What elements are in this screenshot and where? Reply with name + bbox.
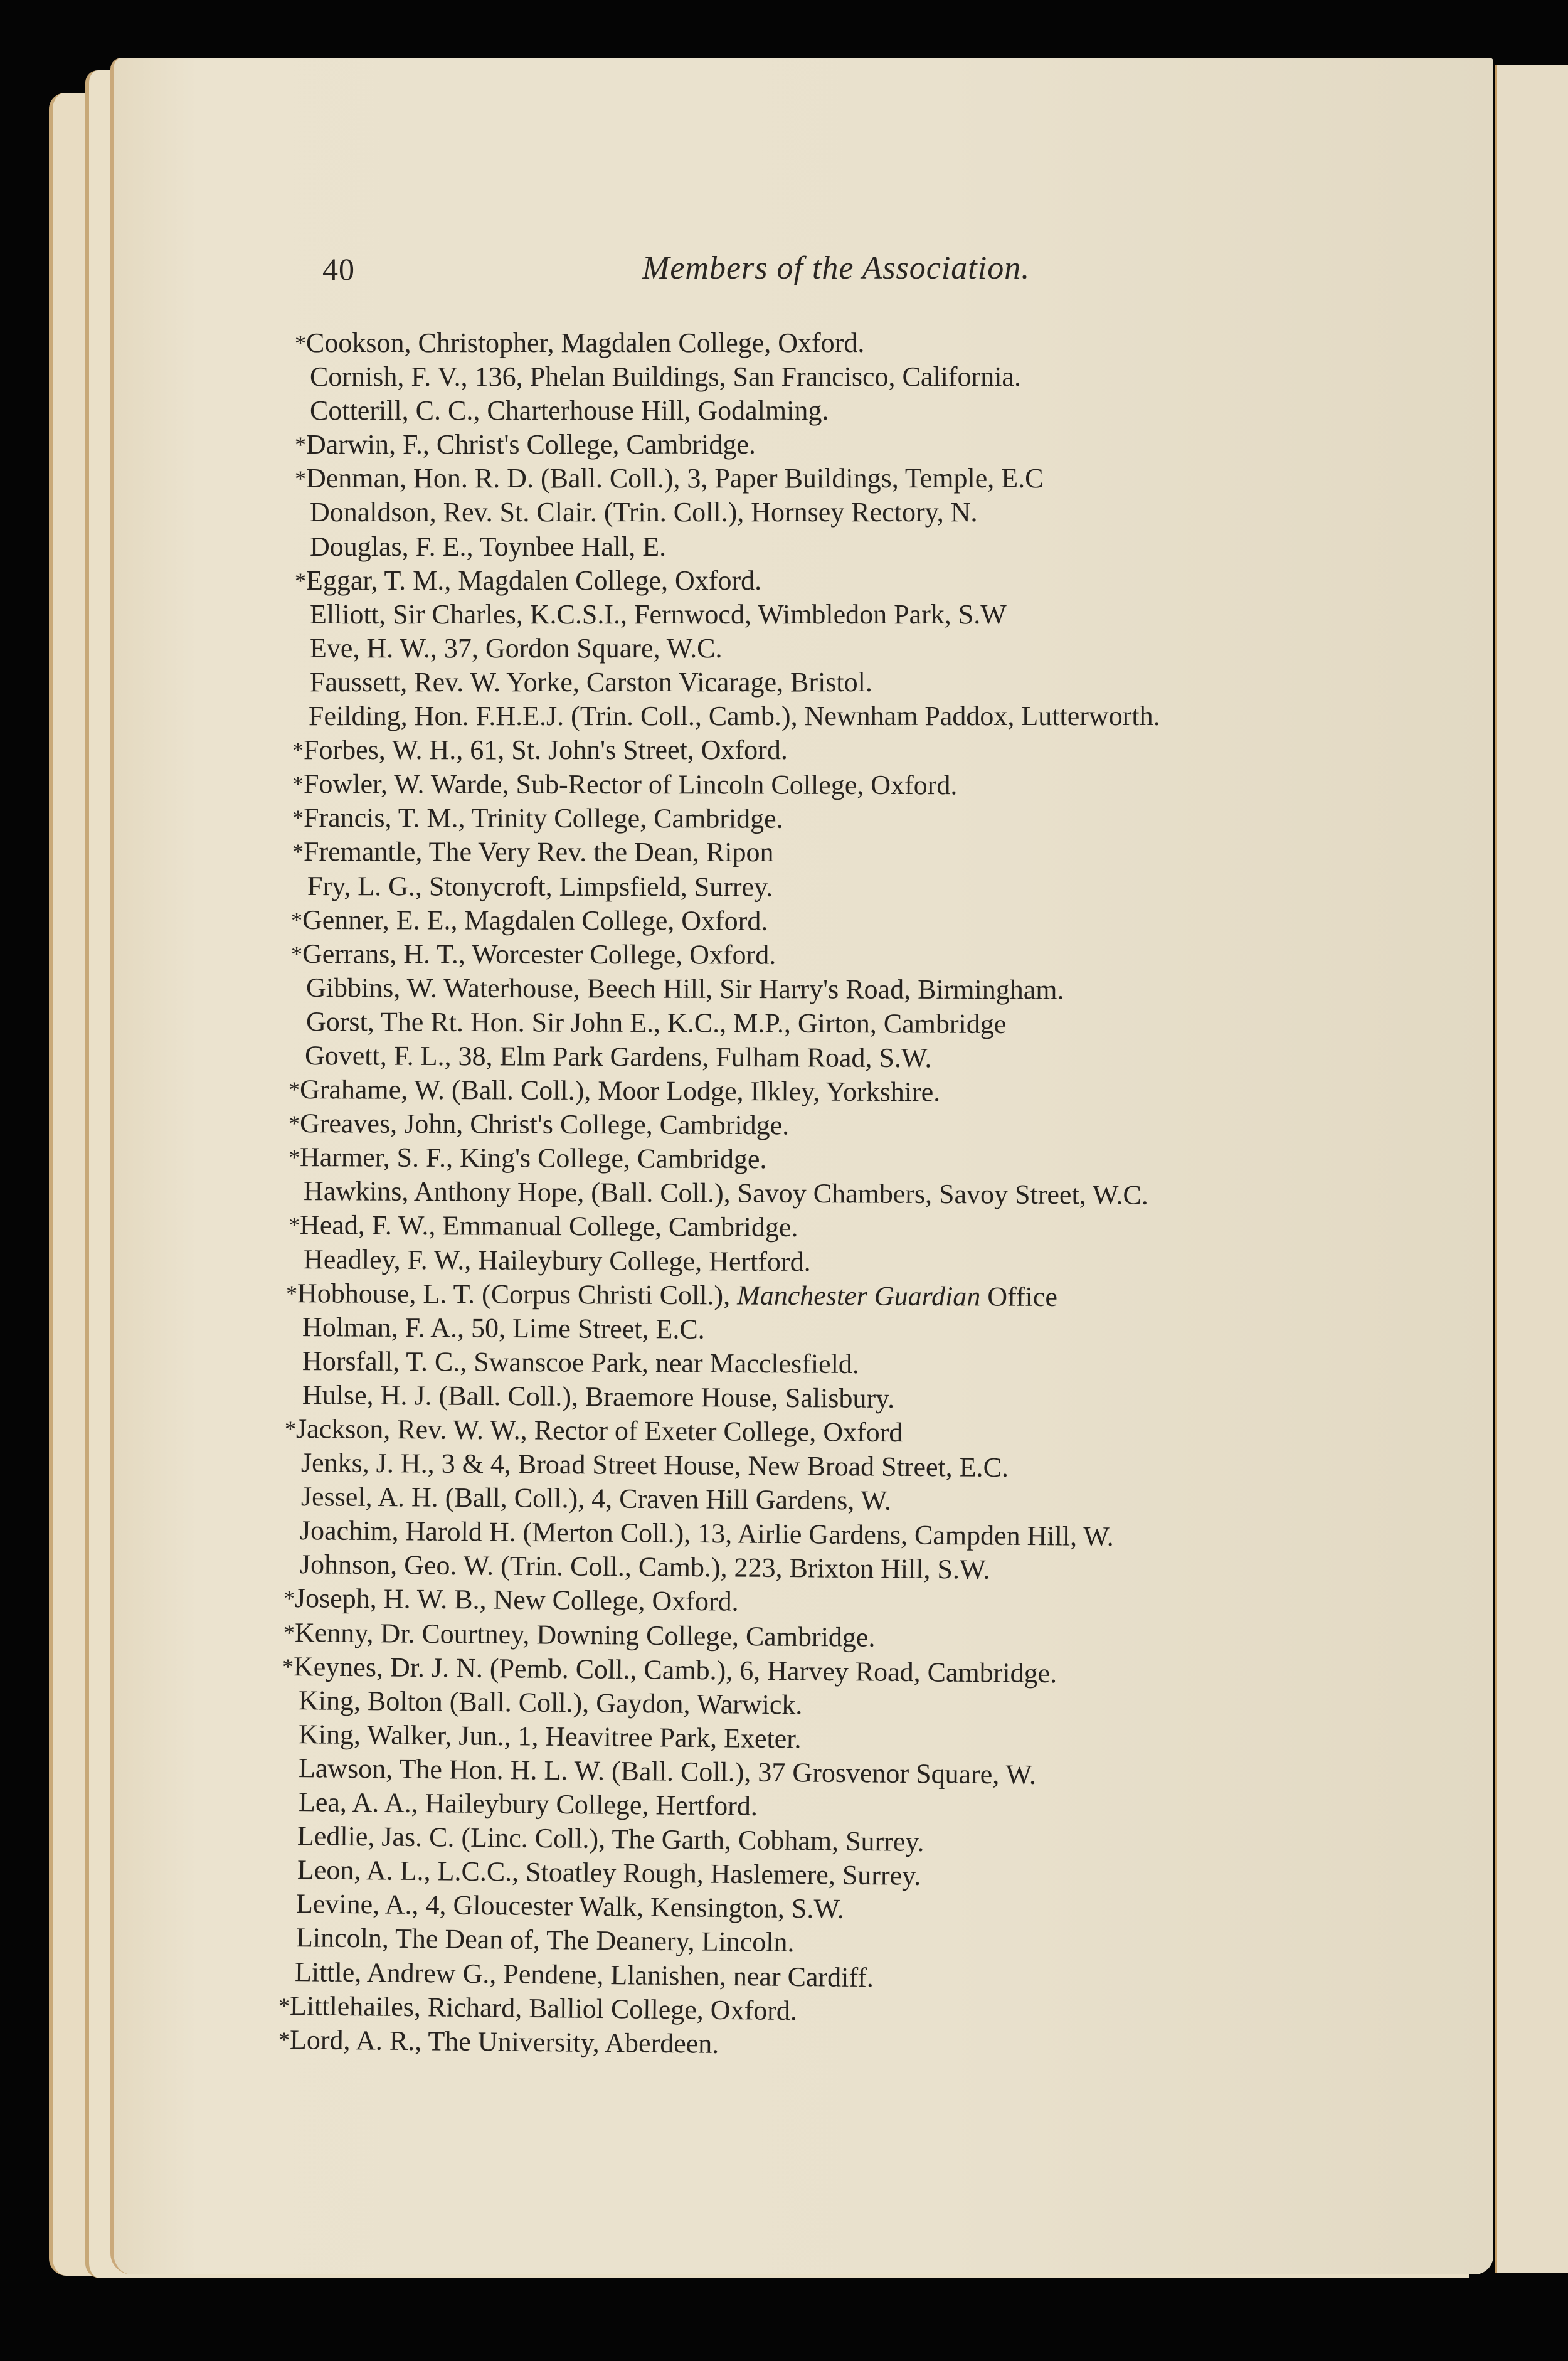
member-text: Eve, H. W., 37, Gordon Square, W.C. [310, 633, 723, 664]
member-entry: Feilding, Hon. F.H.E.J. (Trin. Coll., Ca… [297, 699, 1426, 733]
member-text: Levine, A., 4, Gloucester Walk, Kensingt… [296, 1888, 844, 1924]
member-entry: Horsfall, T. C., Swanscoe Park, near Mac… [291, 1344, 1420, 1384]
founder-asterisk: * [283, 1616, 295, 1650]
member-text: Govett, F. L., 38, Elm Park Gardens, Ful… [305, 1040, 932, 1073]
member-entry: Hawkins, Anthony Hope, (Ball. Coll.), Sa… [292, 1174, 1421, 1214]
member-entry: Faussett, Rev. W. Yorke, Carston Vicarag… [299, 666, 1428, 699]
member-text: Jenks, J. H., 3 & 4, Broad Street House,… [301, 1447, 1009, 1483]
member-text: Forbes, W. H., 61, St. John's Street, Ox… [304, 735, 788, 765]
member-entry: Headley, F. W., Haileybury College, Hert… [292, 1243, 1421, 1282]
member-text: Lea, A. A., Haileybury College, Hertford… [299, 1786, 758, 1822]
member-text: Gorst, The Rt. Hon. Sir John E., K.C., M… [306, 1006, 1006, 1039]
founder-asterisk: * [291, 903, 302, 937]
member-text: Harmer, S. F., King's College, Cambridge… [300, 1142, 767, 1174]
founder-asterisk: * [291, 937, 302, 971]
member-text: Little, Andrew G., Pendene, Llanishen, n… [295, 1956, 874, 1993]
member-entry: *Hobhouse, L. T. (Corpus Christi Coll.),… [286, 1276, 1415, 1316]
member-text: Elliott, Sir Charles, K.C.S.I., Fernwocd… [310, 599, 1007, 630]
member-text: Douglas, F. E., Toynbee Hall, E. [310, 531, 666, 562]
founder-asterisk: * [292, 733, 304, 767]
member-entry: *Fremantle, The Very Rev. the Dean, Ripo… [292, 835, 1421, 871]
member-entry: Donaldson, Rev. St. Clair. (Trin. Coll.)… [299, 496, 1428, 529]
member-text: Fry, L. G., Stonycroft, Limpsfield, Surr… [307, 871, 773, 903]
member-text: Horsfall, T. C., Swanscoe Park, near Mac… [302, 1345, 859, 1379]
member-text: Greaves, John, Christ's College, Cambrid… [300, 1108, 789, 1140]
member-text: Eggar, T. M., Magdalen College, Oxford. [306, 565, 761, 596]
member-text-suffix: Office [980, 1281, 1057, 1312]
founder-asterisk: * [295, 326, 306, 360]
member-entry: Douglas, F. E., Toynbee Hall, E. [299, 530, 1428, 564]
member-text: Gerrans, H. T., Worcester College, Oxfor… [302, 938, 776, 970]
member-entry: Eve, H. W., 37, Gordon Square, W.C. [299, 632, 1428, 666]
member-text: Donaldson, Rev. St. Clair. (Trin. Coll.)… [310, 497, 978, 528]
member-text: Head, F. W., Emmanual College, Cambridge… [300, 1210, 798, 1243]
member-text: Jackson, Rev. W. W., Rector of Exeter Co… [296, 1413, 903, 1448]
member-text: Francis, T. M., Trinity College, Cambrid… [304, 802, 783, 834]
founder-asterisk: * [292, 835, 304, 869]
member-entry: *Head, F. W., Emmanual College, Cambridg… [289, 1208, 1417, 1248]
founder-asterisk: * [292, 801, 304, 835]
member-text: Jessel, A. H. (Ball, Coll.), 4, Craven H… [301, 1481, 891, 1516]
running-title: Members of the Association. [642, 250, 1030, 287]
founder-asterisk: * [295, 462, 306, 496]
member-text: Joachim, Harold H. (Merton Coll.), 13, A… [300, 1515, 1114, 1552]
member-text-italic: Manchester Guardian [737, 1280, 980, 1312]
member-text: Hulse, H. J. (Ball. Coll.), Braemore Hou… [302, 1379, 895, 1414]
founder-asterisk: * [295, 564, 306, 598]
founder-asterisk: * [282, 1650, 294, 1684]
member-text: Cookson, Christopher, Magdalen College, … [306, 327, 864, 358]
member-text: Fowler, W. Warde, Sub-Rector of Lincoln … [304, 768, 957, 800]
founder-asterisk: * [289, 1073, 300, 1106]
member-text: Littlehailes, Richard, Balliol College, … [290, 1990, 797, 2026]
member-text: Johnson, Geo. W. (Trin. Coll., Camb.), 2… [300, 1549, 990, 1585]
member-text: Gibbins, W. Waterhouse, Beech Hill, Sir … [306, 972, 1064, 1005]
member-entry: *Grahame, W. (Ball. Coll.), Moor Lodge, … [289, 1073, 1417, 1112]
member-entry: *Genner, E. E., Magdalen College, Oxford… [291, 903, 1420, 940]
member-text: Grahame, W. (Ball. Coll.), Moor Lodge, I… [300, 1074, 940, 1107]
founder-asterisk: * [283, 1581, 295, 1615]
member-text: Headley, F. W., Haileybury College, Hert… [304, 1244, 811, 1277]
member-entry: *Fowler, W. Warde, Sub-Rector of Lincoln… [292, 767, 1421, 804]
page-header: 40 Members of the Association. [322, 250, 1389, 294]
member-entry: Gibbins, W. Waterhouse, Beech Hill, Sir … [295, 971, 1424, 1008]
founder-asterisk: * [292, 767, 304, 801]
member-entry: Fry, L. G., Stonycroft, Limpsfield, Surr… [296, 869, 1425, 906]
founder-asterisk: * [278, 1989, 290, 2023]
member-text: Keynes, Dr. J. N. (Pemb. Coll., Camb.), … [294, 1651, 1057, 1689]
member-text: Hawkins, Anthony Hope, (Ball. Coll.), Sa… [304, 1175, 1148, 1211]
member-entry: Cotterill, C. C., Charterhouse Hill, God… [299, 394, 1428, 428]
member-text: Darwin, F., Christ's College, Cambridge. [306, 429, 756, 460]
member-entry: *Eggar, T. M., Magdalen College, Oxford. [295, 564, 1424, 598]
founder-asterisk: * [295, 428, 306, 462]
member-text: Hobhouse, L. T. (Corpus Christi Coll.), [297, 1278, 737, 1310]
page-number: 40 [322, 251, 355, 287]
member-entry: Govett, F. L., 38, Elm Park Gardens, Ful… [294, 1039, 1422, 1078]
member-text: Faussett, Rev. W. Yorke, Carston Vicarag… [310, 667, 872, 698]
member-list: *Cookson, Christopher, Magdalen College,… [295, 326, 1424, 2057]
member-text: Denman, Hon. R. D. (Ball. Coll.), 3, Pap… [306, 463, 1043, 494]
member-text: Leon, A. L., L.C.C., Stoatley Rough, Has… [297, 1854, 921, 1891]
member-entry: *Francis, T. M., Trinity College, Cambri… [292, 801, 1421, 837]
founder-asterisk: * [285, 1412, 296, 1446]
member-text: Cotterill, C. C., Charterhouse Hill, God… [310, 395, 829, 426]
founder-asterisk: * [286, 1276, 297, 1310]
member-text: Feilding, Hon. F.H.E.J. (Trin. Coll., Ca… [309, 701, 1160, 731]
founder-asterisk: * [289, 1208, 300, 1242]
member-text: King, Walker, Jun., 1, Heavitree Park, E… [299, 1719, 802, 1754]
member-text: Ledlie, Jas. C. (Linc. Coll.), The Garth… [297, 1820, 924, 1857]
member-text: Lawson, The Hon. H. L. W. (Ball. Coll.),… [299, 1753, 1036, 1790]
member-entry: *Gerrans, H. T., Worcester College, Oxfo… [291, 937, 1420, 974]
member-text: Joseph, H. W. B., New College, Oxford. [295, 1583, 739, 1617]
member-entry: *Denman, Hon. R. D. (Ball. Coll.), 3, Pa… [295, 462, 1424, 496]
member-text: Fremantle, The Very Rev. the Dean, Ripon [304, 836, 774, 867]
member-entry: Elliott, Sir Charles, K.C.S.I., Fernwocd… [299, 598, 1428, 632]
member-entry: Holman, F. A., 50, Lime Street, E.C. [291, 1310, 1420, 1350]
member-text: Genner, E. E., Magdalen College, Oxford. [302, 905, 768, 936]
member-entry: Gorst, The Rt. Hon. Sir John E., K.C., M… [295, 1005, 1424, 1043]
member-text: Holman, F. A., 50, Lime Street, E.C. [302, 1312, 705, 1345]
member-text: Kenny, Dr. Courtney, Downing College, Ca… [295, 1617, 876, 1653]
founder-asterisk: * [278, 2023, 290, 2057]
member-entry: *Forbes, W. H., 61, St. John's Street, O… [292, 733, 1421, 767]
founder-asterisk: * [289, 1106, 300, 1140]
member-entry: *Cookson, Christopher, Magdalen College,… [295, 326, 1424, 360]
member-entry: *Harmer, S. F., King's College, Cambridg… [289, 1140, 1417, 1179]
member-text: Lord, A. R., The University, Aberdeen. [290, 2024, 719, 2059]
facing-page-edge [1495, 65, 1568, 2273]
member-text: King, Bolton (Ball. Coll.), Gaydon, Warw… [299, 1685, 803, 1720]
founder-asterisk: * [289, 1140, 300, 1174]
member-entry: Cornish, F. V., 136, Phelan Buildings, S… [299, 360, 1428, 394]
member-entry: *Greaves, John, Christ's College, Cambri… [289, 1106, 1417, 1145]
member-entry: *Darwin, F., Christ's College, Cambridge… [295, 428, 1424, 462]
member-text: Lincoln, The Dean of, The Deanery, Linco… [296, 1923, 795, 1958]
member-text: Cornish, F. V., 136, Phelan Buildings, S… [310, 361, 1021, 392]
